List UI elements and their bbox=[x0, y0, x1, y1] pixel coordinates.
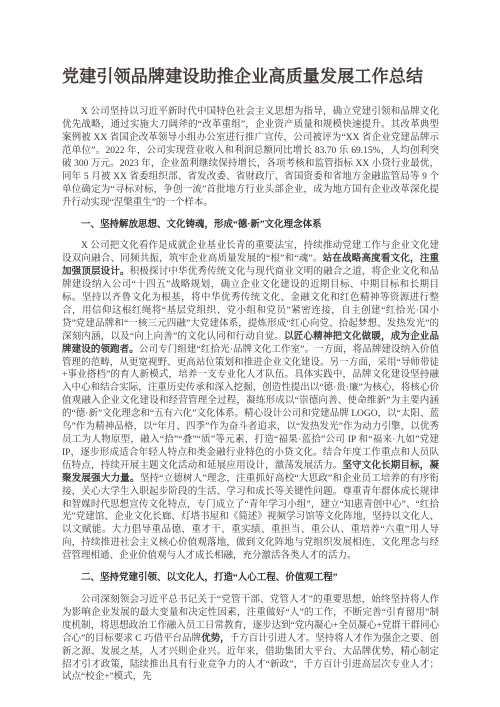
document-page: 党建引领品牌建设助推企业高质量发展工作总结 X 公司坚持以习近平新时代中国特色社… bbox=[0, 0, 500, 707]
document-content: 党建引领品牌建设助推企业高质量发展工作总结 X 公司坚持以习近平新时代中国特色社… bbox=[62, 66, 439, 684]
text-run: 积极探讨中华优秀传统文化与现代商业文明的融合之道，将企业文化和品牌建设纳入公司“… bbox=[62, 267, 439, 342]
text-run: X 公司坚持以习近平新时代中国特色社会主义思想为指导，确立党建引领和品牌文化优先… bbox=[62, 107, 439, 207]
paragraph: X 公司把文化看作是成就企业基业长青的重要法宝，持续推动党建工作与企业文化建设双… bbox=[62, 240, 439, 563]
section-heading: 一、坚持解放思想、文化铸魂，形成“德·新”文化理念体系 bbox=[62, 219, 439, 232]
text-run: 二、坚持党建引领、以文化人，打造“人心工程、价值观工程” bbox=[81, 573, 338, 583]
paragraph: X 公司坚持以习近平新时代中国特色社会主义思想为指导，确立党建引领和品牌文化优先… bbox=[62, 106, 439, 209]
text-run: 一、坚持解放思想、文化铸魂，形成“德·新”文化理念体系 bbox=[81, 220, 322, 230]
section-heading: 二、坚持党建引领、以文化人，打造“人心工程、价值观工程” bbox=[62, 572, 439, 585]
document-title: 党建引领品牌建设助推企业高质量发展工作总结 bbox=[62, 66, 439, 87]
text-run: 坚持“立德树人”理念，注重抓好高校“大思政”和企业员工培养的有序衔接，关心大学生… bbox=[62, 474, 439, 561]
text-run: 优势， bbox=[201, 634, 230, 644]
text-run: 公司专门组建“红拾光·品牌文化工作室”。一方面，将品牌建设纳入价值管理的范畴，从… bbox=[62, 345, 439, 471]
paragraph: 公司深刻领会习近平总书记关于“党管干部、党管人才”的重要思想，始终坚持将人作为影… bbox=[62, 594, 439, 684]
document-body: X 公司坚持以习近平新时代中国特色社会主义思想为指导，确立党建引领和品牌文化优先… bbox=[62, 106, 439, 684]
